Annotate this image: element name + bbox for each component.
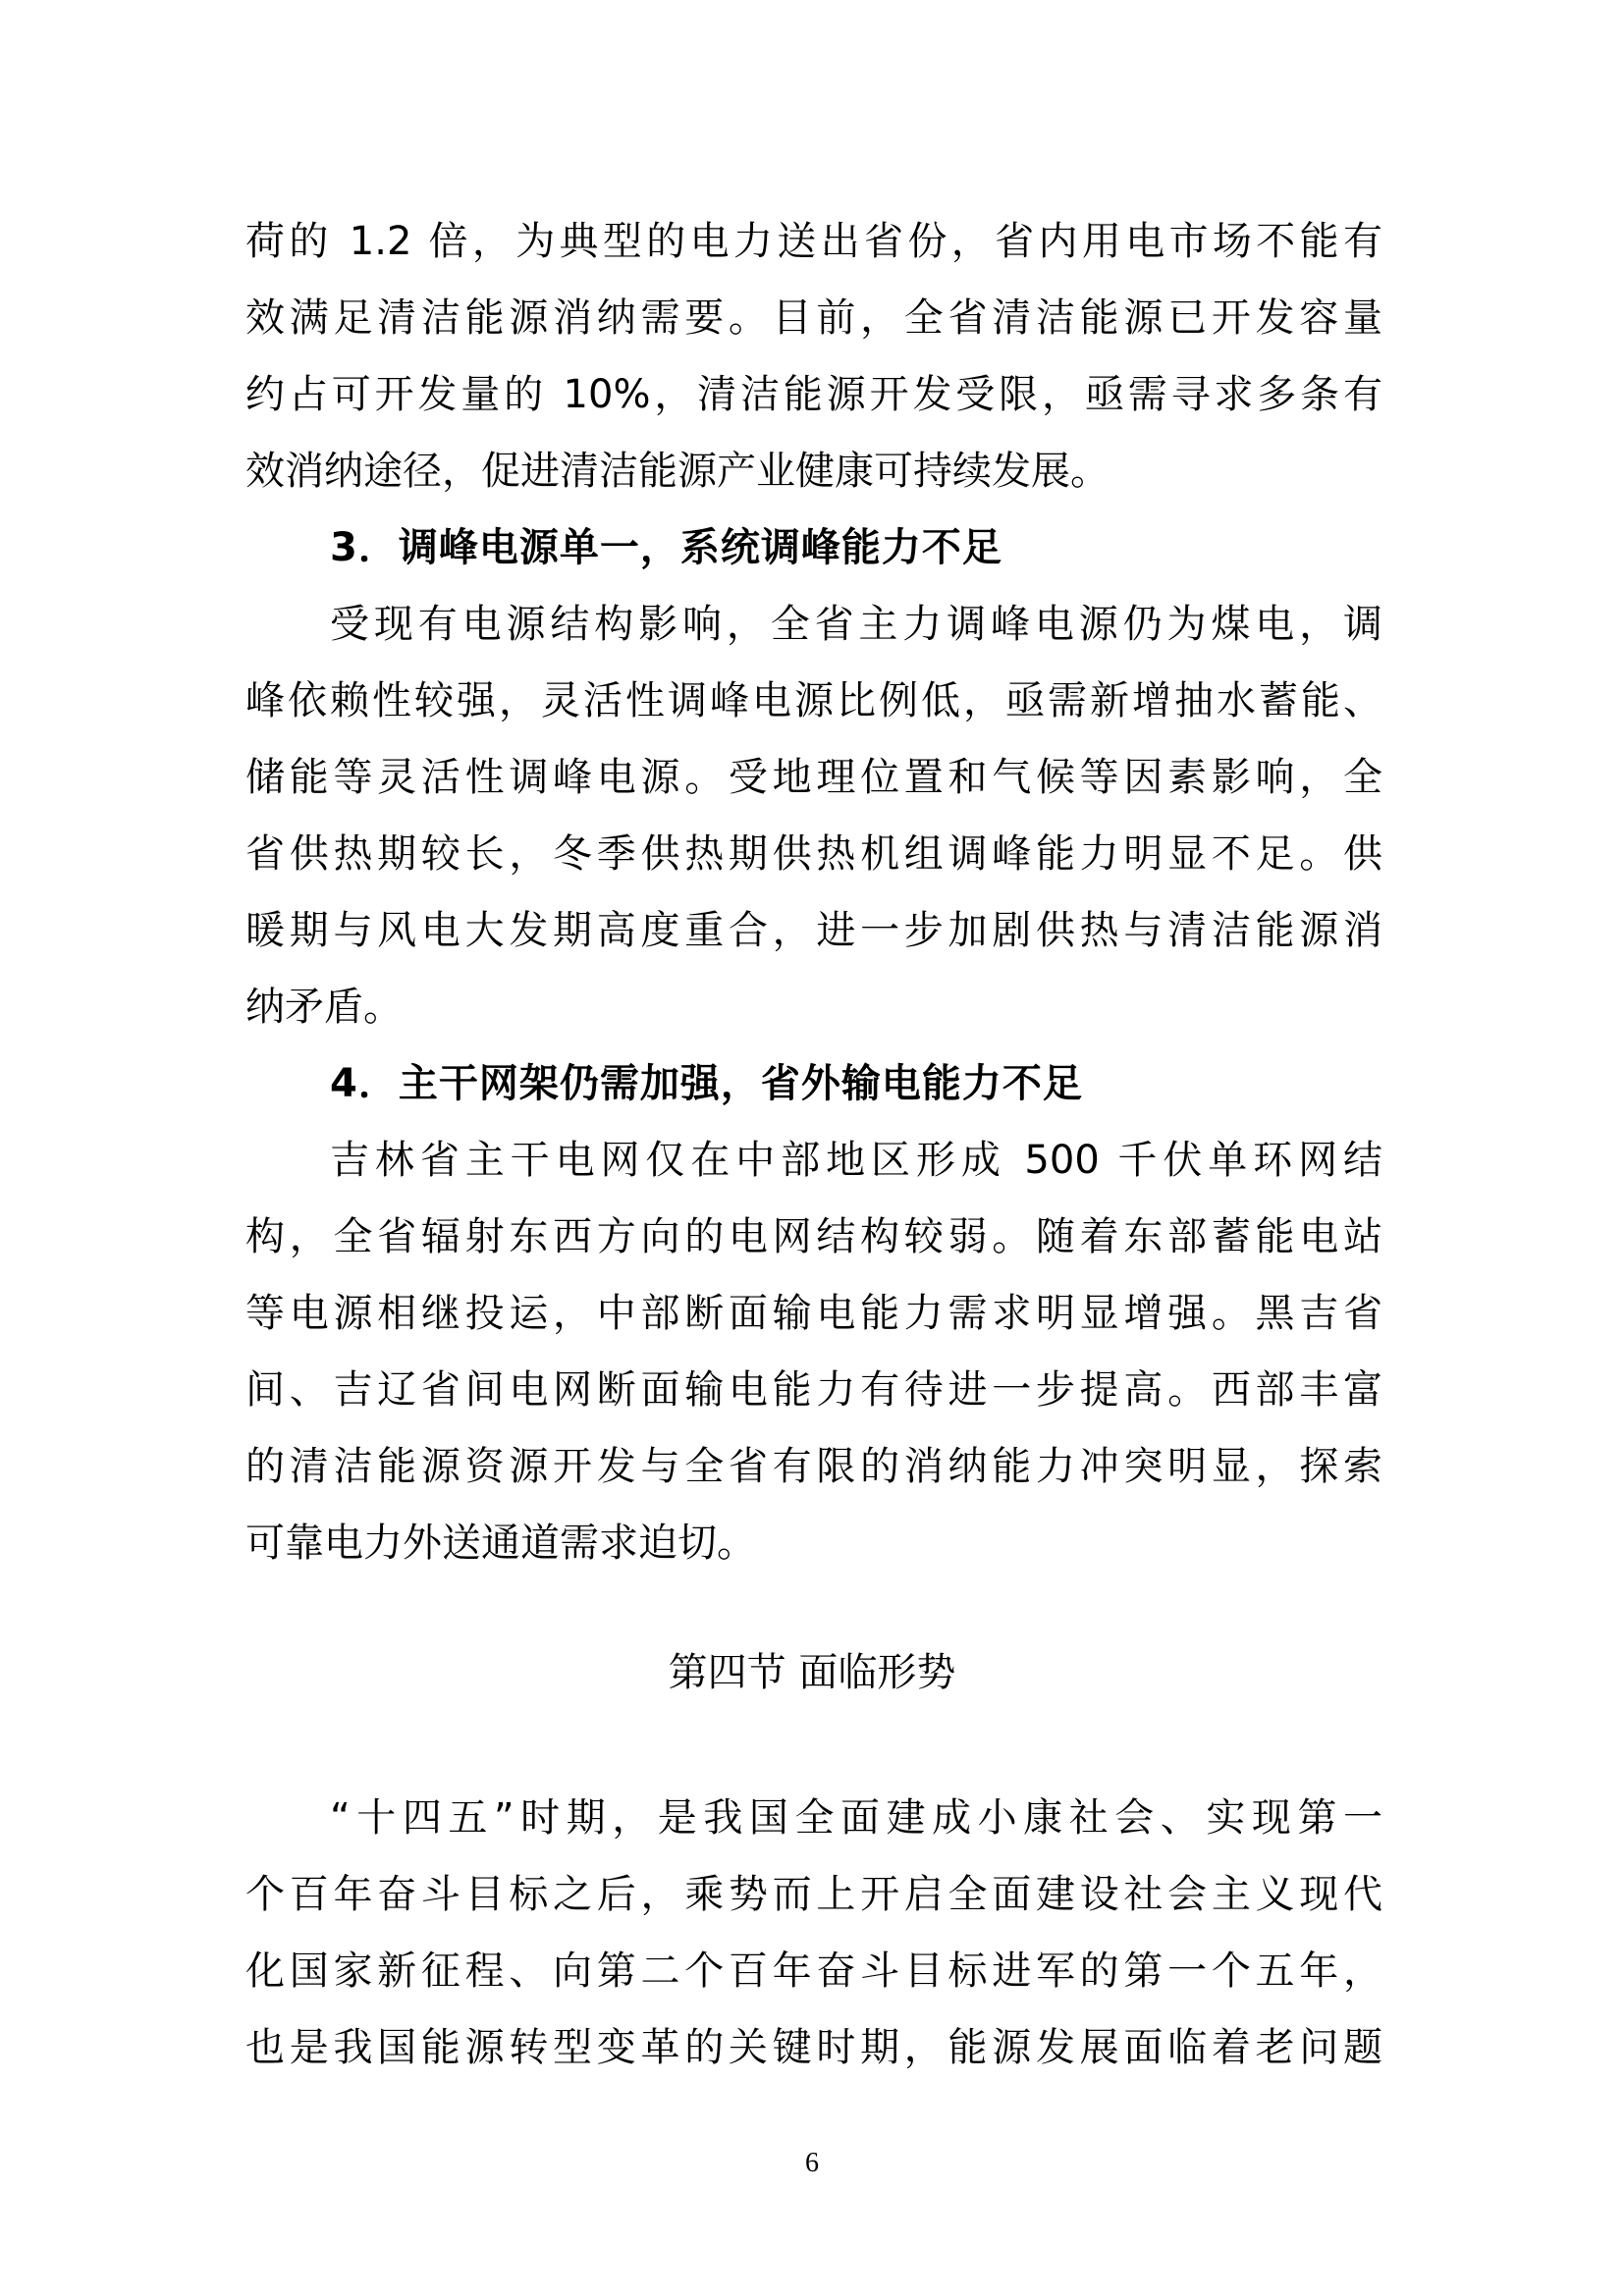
text-line: 效消纳途径，促进清洁能源产业健康可持续发展。 (245, 448, 1382, 495)
text-line: 的清洁能源资源开发与全省有限的消纳能力冲突明显，探索 (245, 1443, 1382, 1490)
text-line: 峰依赖性较强，灵活性调峰电源比例低，亟需新增抽水蓄能、 (245, 677, 1382, 724)
section-title: 第四节 面临形势 (0, 1649, 1624, 1696)
text-line: 构，全省辐射东西方向的电网结构较弱。随着东部蓄能电站 (245, 1213, 1382, 1260)
text-line: 受现有电源结构影响，全省主力调峰电源仍为煤电，调 (245, 601, 1382, 648)
text-line: 暖期与风电大发期高度重合，进一步加剧供热与清洁能源消 (245, 907, 1382, 954)
text-line: 省供热期较长，冬季供热期供热机组调峰能力明显不足。供 (245, 830, 1382, 878)
text-line: 间、吉辽省间电网断面输电能力有待进一步提高。西部丰富 (245, 1366, 1382, 1414)
text-line: 等电源相继投运，中部断面输电能力需求明显增强。黑吉省 (245, 1290, 1382, 1337)
text-line: 可靠电力外送通道需求迫切。 (245, 1520, 1382, 1567)
text-line: 纳矛盾。 (245, 984, 1382, 1031)
text-line: 吉林省主干电网仅在中部地区形成 500 千伏单环网结 (245, 1137, 1382, 1184)
text-line: “十四五”时期，是我国全面建成小康社会、实现第一 (245, 1794, 1382, 1842)
text-line: 化国家新征程、向第二个百年奋斗目标进军的第一个五年， (245, 1948, 1382, 1995)
subheading-4: 4．主干网架仍需加强，省外输电能力不足 (330, 1060, 1083, 1107)
text-line: 约占可开发量的 10%，清洁能源开发受限，亟需寻求多条有 (245, 371, 1382, 418)
text-line: 也是我国能源转型变革的关键时期，能源发展面临着老问题 (245, 2024, 1382, 2071)
text-line: 个百年奋斗目标之后，乘势而上开启全面建设社会主义现代 (245, 1871, 1382, 1918)
text-line: 荷的 1.2 倍，为典型的电力送出省份，省内用电市场不能有 (245, 218, 1382, 265)
document-page: 荷的 1.2 倍，为典型的电力送出省份，省内用电市场不能有 效满足清洁能源消纳需… (0, 0, 1624, 2296)
text-line: 储能等灵活性调峰电源。受地理位置和气候等因素影响，全 (245, 754, 1382, 801)
subheading-3: 3．调峰电源单一，系统调峰能力不足 (330, 524, 1002, 571)
page-number: 6 (0, 2148, 1624, 2179)
text-line: 效满足清洁能源消纳需要。目前，全省清洁能源已开发容量 (245, 294, 1382, 342)
